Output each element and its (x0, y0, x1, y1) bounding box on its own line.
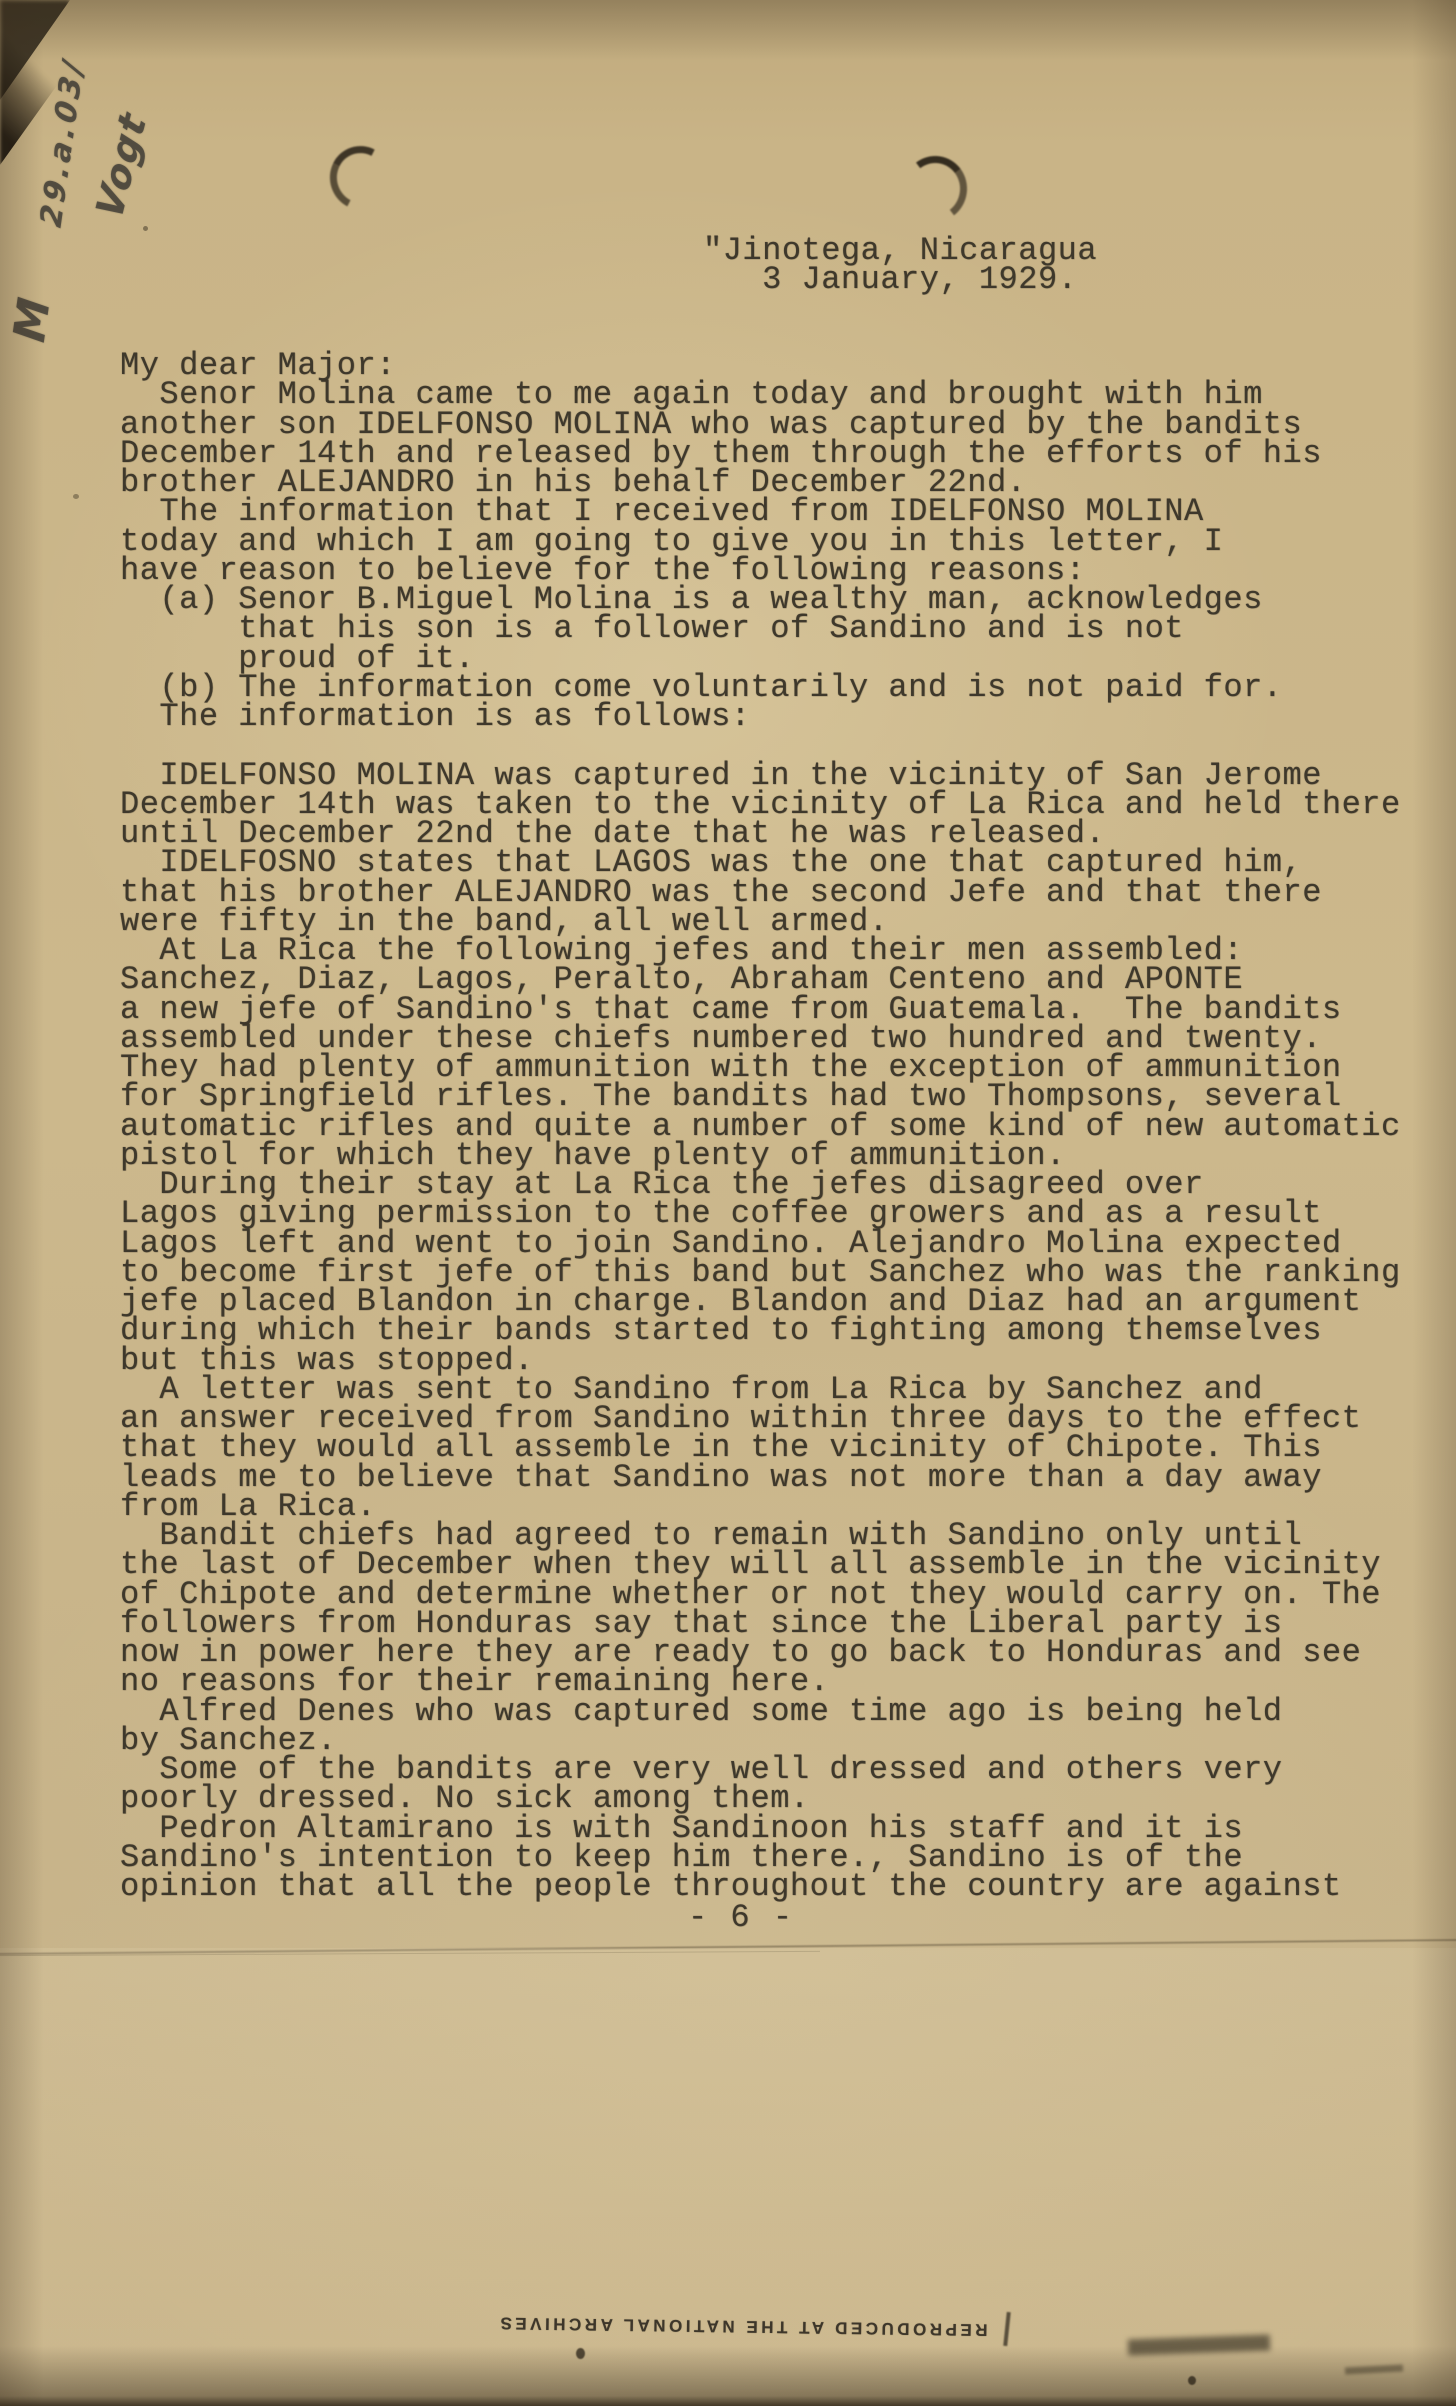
ink-speck (576, 2348, 585, 2359)
hole-punch-right-mark (899, 152, 972, 226)
margin-annotation-initial: M (4, 295, 61, 345)
ink-smudge (1128, 2335, 1270, 2356)
fold-crease-line (0, 1939, 1456, 1955)
page-number: - 6 - (688, 1899, 794, 1936)
margin-annotation-name: Vogt (88, 105, 155, 225)
ink-speck (143, 226, 148, 231)
scanned-letter-screenshot: { "palette": { "paper": "#c9b588", "type… (0, 0, 1456, 2406)
ink-smudge (1345, 2364, 1403, 2374)
stamp-exclamation-mark (1003, 2312, 1011, 2346)
dateline: "Jinotega, Nicaragua 3 January, 1929. (703, 236, 1097, 294)
ink-speck (1188, 2376, 1196, 2385)
ink-speck (73, 494, 79, 499)
hole-punch-left-mark (322, 138, 401, 218)
letter-page: 29.a.03/ Vogt M "Jinotega, Nicaragua 3 J… (0, 0, 1456, 2406)
letter-body: My dear Major: Senor Molina came to me a… (120, 351, 1401, 1901)
archives-stamp: REPRODUCED AT THE NATIONAL ARCHIVES (497, 2313, 988, 2340)
page-bottom-edge (0, 2396, 1456, 2406)
